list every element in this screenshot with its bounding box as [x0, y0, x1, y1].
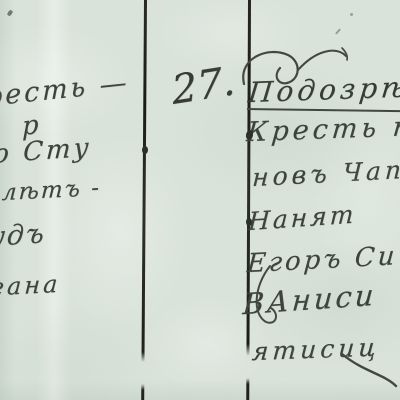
handwriting-line: і лѣтъ -: [0, 175, 102, 207]
handwriting-line: но Сту: [0, 133, 92, 171]
handwriting-line: Нанят: [247, 199, 357, 236]
scanned-manuscript-page: кресть — р но Сту і лѣтъ - удъ ,еана 27.…: [0, 0, 400, 400]
handwriting-line: новъ Чап: [251, 155, 400, 192]
handwriting-line: ,еана: [0, 270, 61, 302]
ink-blot: [246, 218, 252, 226]
ink-speck: [7, 9, 14, 16]
pen-flourish-icon: [246, 262, 291, 337]
ink-speck: [335, 28, 341, 35]
ink-blot: [142, 146, 148, 154]
pen-flourish-icon: [338, 346, 400, 391]
handwriting-line: удъ: [0, 218, 47, 253]
entry-number: 27.: [170, 58, 237, 114]
handwriting-line: кресть —: [0, 67, 130, 115]
ink-speck: [350, 13, 353, 16]
handwriting-line: Кресть ѣ: [245, 111, 400, 148]
column-rule-left: [141, 0, 147, 400]
entry-heading: Подозрѣ: [247, 70, 400, 109]
